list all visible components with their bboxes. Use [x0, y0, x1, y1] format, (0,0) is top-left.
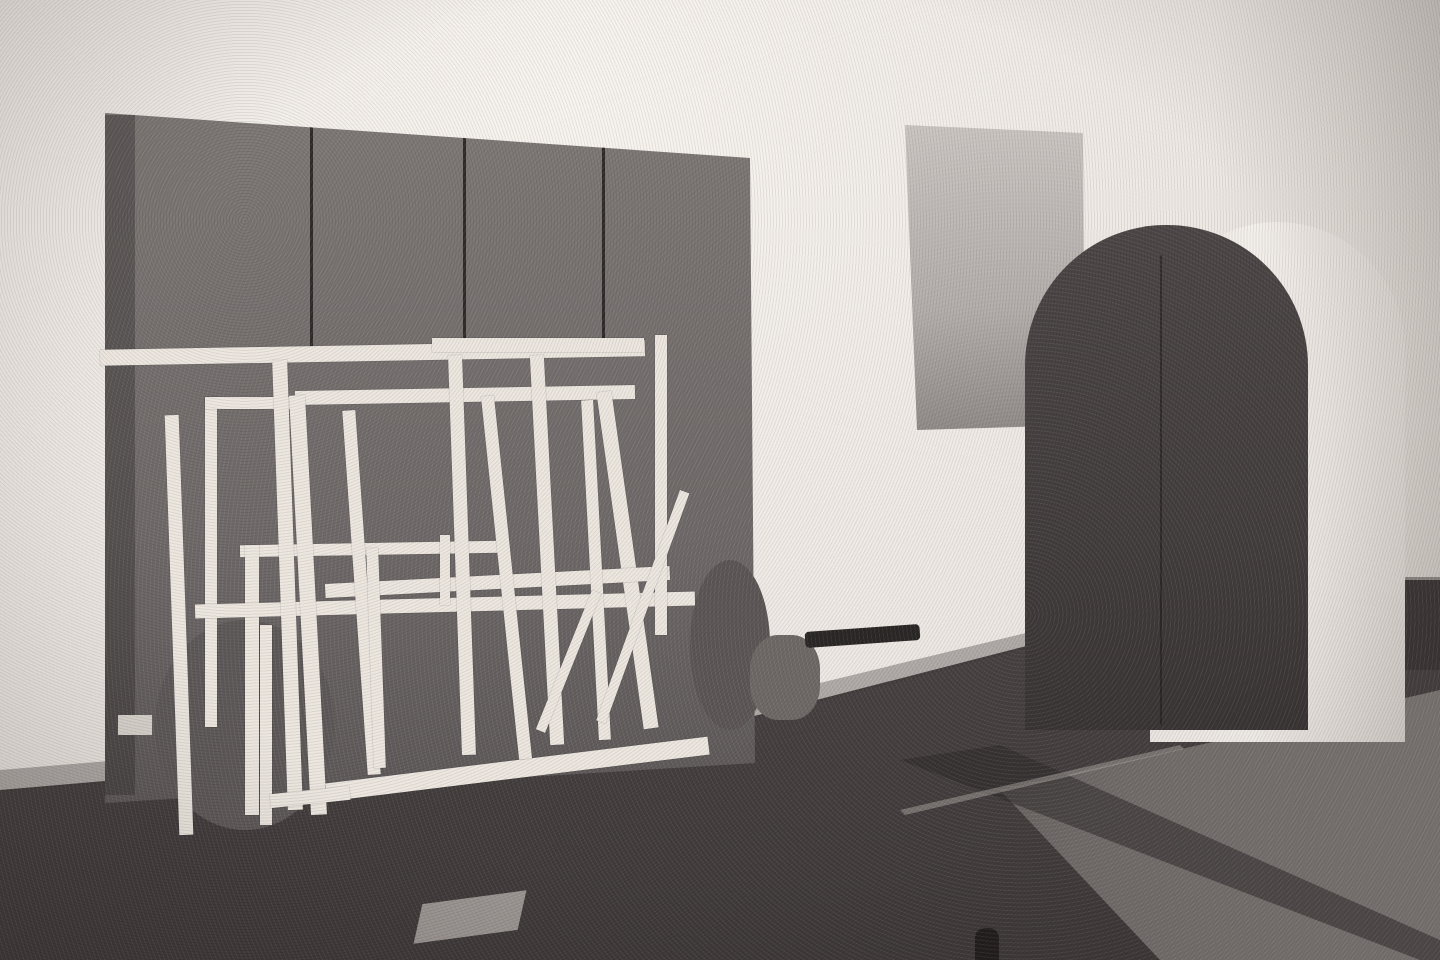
panel-seam [602, 145, 605, 350]
panel-seam [310, 125, 313, 355]
arch-front [1025, 225, 1308, 730]
floor-post [975, 928, 999, 960]
panel-seam [463, 135, 466, 345]
frame-bar [205, 397, 217, 727]
frame-bar [432, 338, 644, 352]
drum [750, 635, 820, 720]
studio-photograph [0, 0, 1440, 960]
panel-edge-shadow [105, 115, 135, 795]
frame-bar [655, 335, 667, 635]
frame-bar [245, 545, 259, 815]
floor-scrap [118, 715, 152, 735]
table [1405, 580, 1440, 670]
frame-bar [440, 535, 450, 605]
arch-seam [1160, 255, 1162, 725]
